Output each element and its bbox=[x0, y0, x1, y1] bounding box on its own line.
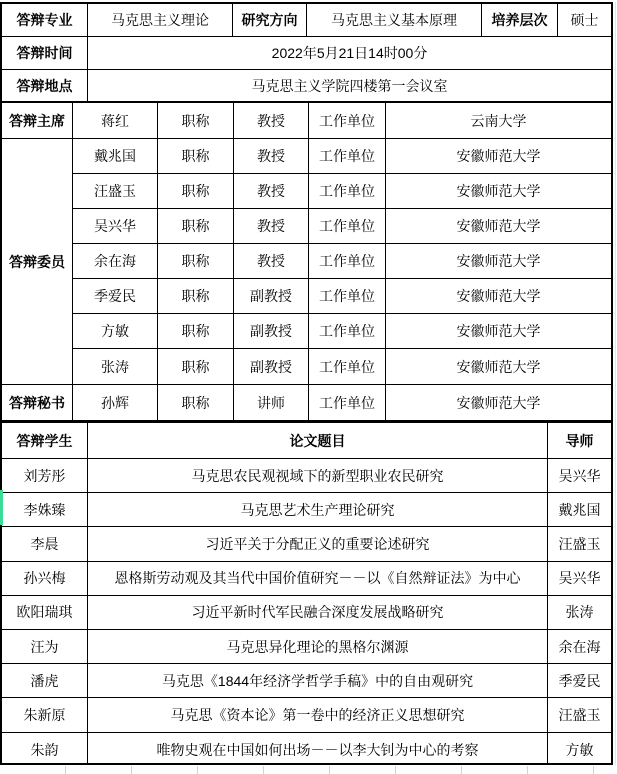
unit-field-label-cell: 工作单位 bbox=[309, 314, 386, 348]
member-unit-cell: 安徽师范大学 bbox=[386, 349, 611, 384]
student-name-cell: 欧阳瑞琪 bbox=[2, 596, 88, 629]
title-field-label-cell: 职称 bbox=[158, 279, 234, 313]
student-advisor-cell: 戴兆国 bbox=[548, 493, 611, 526]
unit-field-label-cell: 工作单位 bbox=[309, 349, 386, 384]
student-rows: 刘芳彤 马克思农民观视域下的新型职业农民研究 吴兴华 李姝臻 马克思艺术生产理论… bbox=[2, 459, 611, 765]
title-field-label-cell: 职称 bbox=[158, 103, 234, 138]
member-title-cell: 教授 bbox=[234, 209, 309, 243]
unit-field-label-cell: 工作单位 bbox=[309, 174, 386, 208]
thesis-header-cell: 论文题目 bbox=[88, 423, 548, 458]
chair-row: 蒋红 职称 教授 工作单位 云南大学 bbox=[73, 103, 611, 138]
unit-field-label-cell: 工作单位 bbox=[309, 385, 386, 420]
student-name-cell: 李晨 bbox=[2, 527, 88, 560]
secretary-row: 孙辉 职称 讲师 工作单位 安徽师范大学 bbox=[73, 385, 611, 420]
student-name-cell: 刘芳彤 bbox=[2, 459, 88, 492]
time-value-cell: 2022年5月21日14时00分 bbox=[88, 37, 611, 69]
unit-field-label-cell: 工作单位 bbox=[309, 244, 386, 278]
member-row: 方敏 职称 副教授 工作单位 安徽师范大学 bbox=[73, 314, 611, 349]
member-title-cell: 教授 bbox=[234, 174, 309, 208]
student-thesis-cell: 习近平关于分配正义的重要论述研究 bbox=[88, 527, 548, 560]
member-unit-cell: 安徽师范大学 bbox=[386, 314, 611, 348]
student-advisor-cell: 吴兴华 bbox=[548, 562, 611, 595]
major-label-cell: 答辩专业 bbox=[2, 4, 88, 36]
member-row: 张涛 职称 副教授 工作单位 安徽师范大学 bbox=[73, 349, 611, 384]
title-field-label-cell: 职称 bbox=[158, 349, 234, 384]
student-row: 朱韵 唯物史观在中国如何出场－－以李大钊为中心的考察 方敏 bbox=[2, 733, 611, 766]
committee-secretary-group: 答辩秘书 孙辉 职称 讲师 工作单位 安徽师范大学 bbox=[2, 385, 611, 422]
committee-chair-group: 答辩主席 蒋红 职称 教授 工作单位 云南大学 bbox=[2, 103, 611, 139]
chair-label-cell: 答辩主席 bbox=[2, 103, 73, 138]
venue-value-cell: 马克思主义学院四楼第一会议室 bbox=[88, 70, 611, 101]
member-unit-cell: 安徽师范大学 bbox=[386, 209, 611, 243]
student-advisor-cell: 季爱民 bbox=[548, 664, 611, 697]
student-header-cell: 答辩学生 bbox=[2, 423, 88, 458]
member-name-cell: 张涛 bbox=[73, 349, 158, 384]
title-field-label-cell: 职称 bbox=[158, 314, 234, 348]
student-advisor-cell: 方敏 bbox=[548, 733, 611, 766]
chair-title-cell: 教授 bbox=[234, 103, 309, 138]
committee-members-group: 答辩委员 戴兆国 职称 教授 工作单位 安徽师范大学 汪盛玉 职称 教授 工作单… bbox=[2, 139, 611, 385]
student-advisor-cell: 余在海 bbox=[548, 630, 611, 663]
info-row-venue: 答辩地点 马克思主义学院四楼第一会议室 bbox=[2, 70, 611, 103]
spreadsheet-canvas: 答辩专业 马克思主义理论 研究方向 马克思主义基本原理 培养层次 硕士 答辩时间… bbox=[0, 0, 617, 774]
student-thesis-cell: 马克思农民观视域下的新型职业农民研究 bbox=[88, 459, 548, 492]
time-label-cell: 答辩时间 bbox=[2, 37, 88, 69]
member-row: 季爱民 职称 副教授 工作单位 安徽师范大学 bbox=[73, 279, 611, 314]
title-field-label-cell: 职称 bbox=[158, 209, 234, 243]
secretary-label-cell: 答辩秘书 bbox=[2, 385, 73, 420]
cell-selection-marker bbox=[0, 490, 3, 525]
title-field-label-cell: 职称 bbox=[158, 244, 234, 278]
secretary-title-cell: 讲师 bbox=[234, 385, 309, 420]
direction-value-cell: 马克思主义基本原理 bbox=[307, 4, 482, 36]
member-title-cell: 副教授 bbox=[234, 314, 309, 348]
student-row: 朱新原 马克思《资本论》第一卷中的经济正义思想研究 汪盛玉 bbox=[2, 698, 611, 732]
student-name-cell: 汪为 bbox=[2, 630, 88, 663]
student-row: 潘虎 马克思《1844年经济学哲学手稿》中的自由观研究 季爱民 bbox=[2, 664, 611, 698]
student-thesis-cell: 马克思《1844年经济学哲学手稿》中的自由观研究 bbox=[88, 664, 548, 697]
student-row: 汪为 马克思异化理论的黑格尔渊源 余在海 bbox=[2, 630, 611, 664]
sheet-gridline-right bbox=[615, 2, 616, 765]
student-advisor-cell: 汪盛玉 bbox=[548, 527, 611, 560]
chair-name-cell: 蒋红 bbox=[73, 103, 158, 138]
info-row-time: 答辩时间 2022年5月21日14时00分 bbox=[2, 37, 611, 70]
unit-field-label-cell: 工作单位 bbox=[309, 103, 386, 138]
advisor-header-cell: 导师 bbox=[548, 423, 611, 458]
unit-field-label-cell: 工作单位 bbox=[309, 279, 386, 313]
student-name-cell: 李姝臻 bbox=[2, 493, 88, 526]
unit-field-label-cell: 工作单位 bbox=[309, 209, 386, 243]
defense-schedule-table: 答辩专业 马克思主义理论 研究方向 马克思主义基本原理 培养层次 硕士 答辩时间… bbox=[0, 2, 613, 765]
title-field-label-cell: 职称 bbox=[158, 139, 234, 173]
student-advisor-cell: 张涛 bbox=[548, 596, 611, 629]
student-row: 欧阳瑞琪 习近平新时代军民融合深度发展战略研究 张涛 bbox=[2, 596, 611, 630]
student-row: 李晨 习近平关于分配正义的重要论述研究 汪盛玉 bbox=[2, 527, 611, 561]
student-advisor-cell: 吴兴华 bbox=[548, 459, 611, 492]
member-title-cell: 副教授 bbox=[234, 349, 309, 384]
member-row: 余在海 职称 教授 工作单位 安徽师范大学 bbox=[73, 244, 611, 279]
sheet-gridlines bbox=[0, 766, 613, 774]
level-value-cell: 硕士 bbox=[558, 4, 611, 36]
student-thesis-cell: 马克思《资本论》第一卷中的经济正义思想研究 bbox=[88, 698, 548, 731]
members-label-cell: 答辩委员 bbox=[2, 139, 73, 384]
member-unit-cell: 安徽师范大学 bbox=[386, 244, 611, 278]
major-value-cell: 马克思主义理论 bbox=[88, 4, 233, 36]
unit-field-label-cell: 工作单位 bbox=[309, 139, 386, 173]
member-unit-cell: 安徽师范大学 bbox=[386, 279, 611, 313]
student-name-cell: 潘虎 bbox=[2, 664, 88, 697]
member-name-cell: 汪盛玉 bbox=[73, 174, 158, 208]
member-name-cell: 季爱民 bbox=[73, 279, 158, 313]
member-name-cell: 戴兆国 bbox=[73, 139, 158, 173]
chair-unit-cell: 云南大学 bbox=[386, 103, 611, 138]
member-title-cell: 教授 bbox=[234, 139, 309, 173]
student-thesis-cell: 恩格斯劳动观及其当代中国价值研究－－以《自然辩证法》为中心 bbox=[88, 562, 548, 595]
student-row: 刘芳彤 马克思农民观视域下的新型职业农民研究 吴兴华 bbox=[2, 459, 611, 493]
member-title-cell: 副教授 bbox=[234, 279, 309, 313]
student-thesis-cell: 唯物史观在中国如何出场－－以李大钊为中心的考察 bbox=[88, 733, 548, 766]
member-name-cell: 余在海 bbox=[73, 244, 158, 278]
members-rows: 戴兆国 职称 教授 工作单位 安徽师范大学 汪盛玉 职称 教授 工作单位 安徽师… bbox=[73, 139, 611, 384]
member-name-cell: 吴兴华 bbox=[73, 209, 158, 243]
student-thesis-cell: 马克思异化理论的黑格尔渊源 bbox=[88, 630, 548, 663]
level-label-cell: 培养层次 bbox=[482, 4, 558, 36]
member-row: 戴兆国 职称 教授 工作单位 安徽师范大学 bbox=[73, 139, 611, 174]
info-row-major: 答辩专业 马克思主义理论 研究方向 马克思主义基本原理 培养层次 硕士 bbox=[2, 4, 611, 37]
student-name-cell: 孙兴梅 bbox=[2, 562, 88, 595]
member-name-cell: 方敏 bbox=[73, 314, 158, 348]
secretary-unit-cell: 安徽师范大学 bbox=[386, 385, 611, 420]
student-thesis-cell: 马克思艺术生产理论研究 bbox=[88, 493, 548, 526]
member-row: 吴兴华 职称 教授 工作单位 安徽师范大学 bbox=[73, 209, 611, 244]
member-unit-cell: 安徽师范大学 bbox=[386, 174, 611, 208]
student-row: 孙兴梅 恩格斯劳动观及其当代中国价值研究－－以《自然辩证法》为中心 吴兴华 bbox=[2, 562, 611, 596]
student-row: 李姝臻 马克思艺术生产理论研究 戴兆国 bbox=[2, 493, 611, 527]
direction-label-cell: 研究方向 bbox=[233, 4, 307, 36]
student-name-cell: 朱韵 bbox=[2, 733, 88, 766]
student-name-cell: 朱新原 bbox=[2, 698, 88, 731]
member-unit-cell: 安徽师范大学 bbox=[386, 139, 611, 173]
student-thesis-cell: 习近平新时代军民融合深度发展战略研究 bbox=[88, 596, 548, 629]
title-field-label-cell: 职称 bbox=[158, 385, 234, 420]
students-header-row: 答辩学生 论文题目 导师 bbox=[2, 422, 611, 459]
student-advisor-cell: 汪盛玉 bbox=[548, 698, 611, 731]
secretary-name-cell: 孙辉 bbox=[73, 385, 158, 420]
member-title-cell: 教授 bbox=[234, 244, 309, 278]
member-row: 汪盛玉 职称 教授 工作单位 安徽师范大学 bbox=[73, 174, 611, 209]
title-field-label-cell: 职称 bbox=[158, 174, 234, 208]
venue-label-cell: 答辩地点 bbox=[2, 70, 88, 101]
